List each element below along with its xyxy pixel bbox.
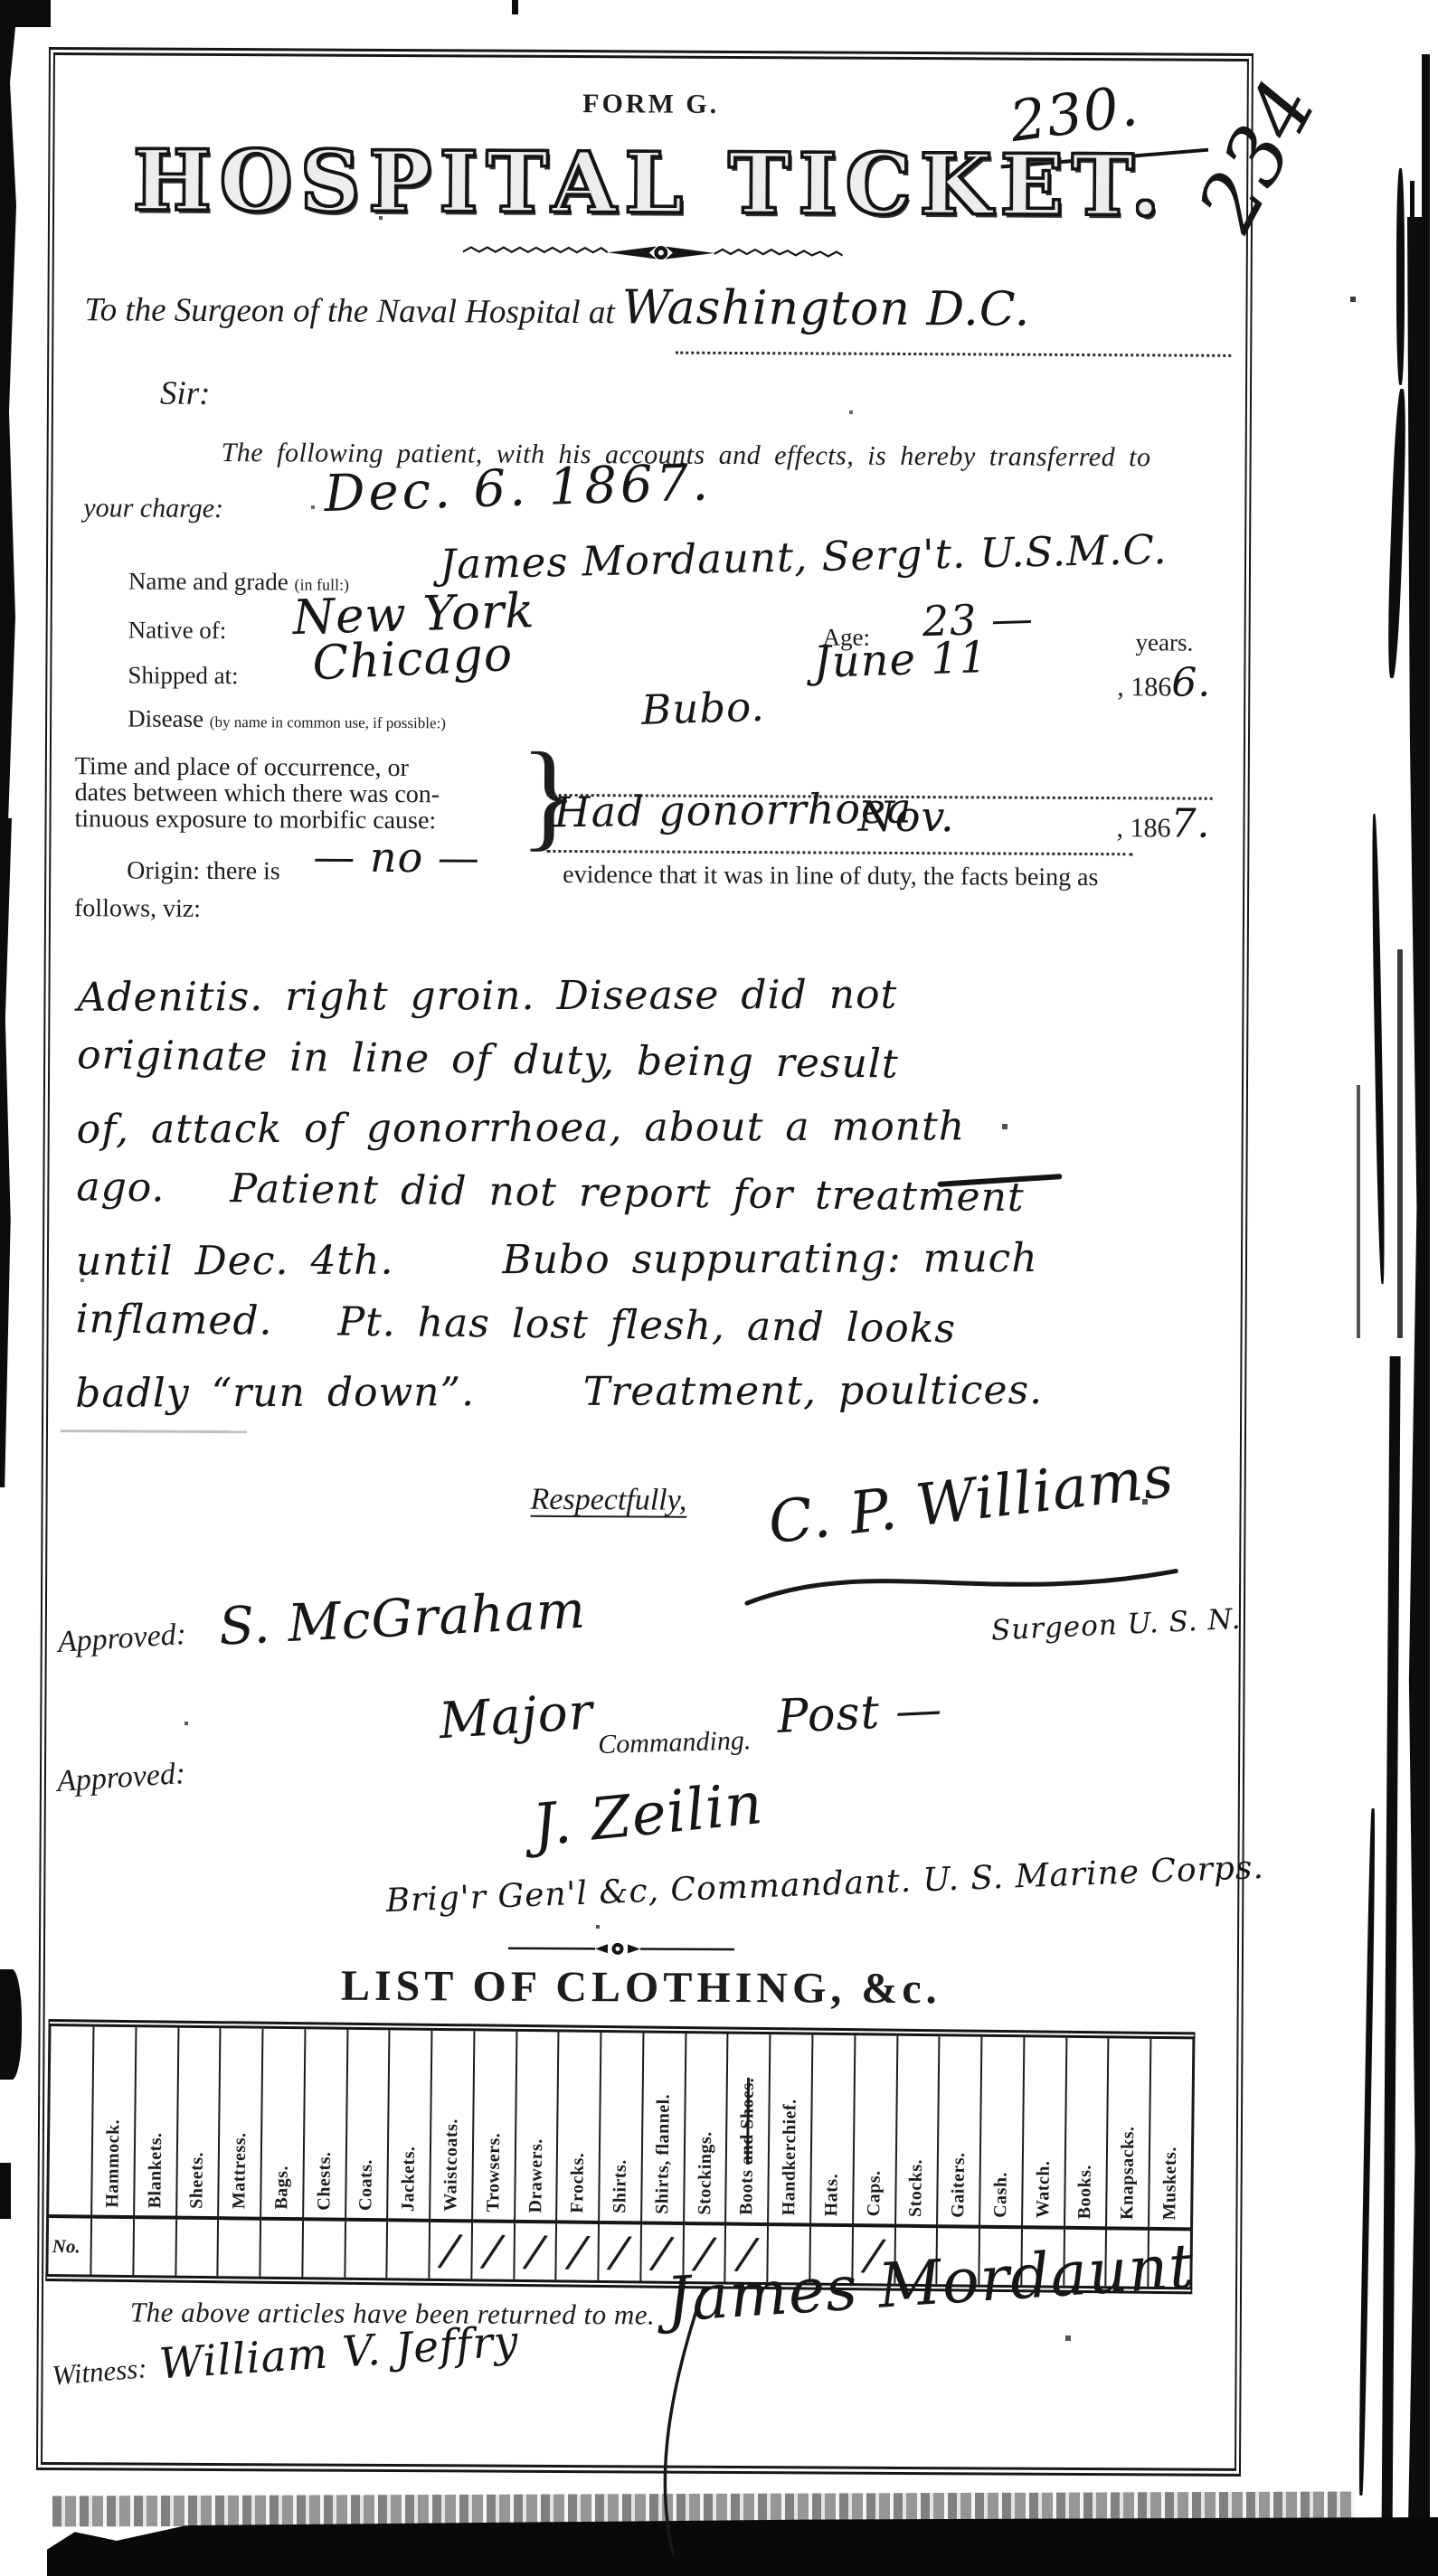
clothing-col-header: Gaiters. [938,2036,982,2229]
clothing-col-header: Shirts, flannel. [642,2033,686,2226]
clothing-qty-cell: / [600,2224,642,2281]
scan-tick-top [512,0,518,14]
clothing-col-header: Hammock. [92,2027,137,2220]
occurrence-label-line: Time and place of occurrence, or [75,753,529,782]
clothing-qty-cell [219,2220,261,2277]
approver-1-rank: Major [437,1682,594,1750]
clothing-col-header: Stocks. [896,2036,941,2229]
clothing-qty-cell [91,2219,134,2276]
scan-blot-left [0,1969,22,2080]
clothing-col-header: Hats. [811,2035,856,2228]
approver-1-commanding: Commanding. [598,1725,752,1760]
shipped-date-value: June 11 [813,632,989,688]
note-line: ago. Patient did not report for treatmen… [76,1154,1240,1233]
clothing-col-header: Muskets. [1149,2039,1192,2231]
clothing-qty-cell [388,2222,430,2279]
your-charge-label: your charge: [83,493,223,524]
note-line: of, attack of gonorrhoea, about a month [77,1092,1240,1162]
clothing-col-header: Chests. [304,2029,348,2222]
witness-label: Witness: [51,2352,148,2392]
note-line: Adenitis. right groin. Disease did not [77,960,1240,1030]
scan-edge-left-lower [0,818,12,1487]
address-line: To the Surgeon of the Naval Hospital atW… [84,278,1030,336]
occurrence-year-digit: 7. [1170,801,1210,847]
transfer-date-written: Dec. 6. 1867. [324,453,713,524]
occurrence-label: Time and place of occurrence, ordates be… [74,753,528,835]
shipped-at-label: Shipped at: [128,661,238,690]
shipped-at-value: Chicago [311,627,514,691]
clothing-qty-cell [176,2220,219,2277]
small-divider-icon [508,1939,734,1958]
clothing-col-header: Stockings. [685,2033,729,2226]
approved-label-1: Approved: [57,1618,187,1660]
clothing-col-header: Coats. [346,2030,391,2222]
clothing-row-label: No. [48,2218,92,2275]
origin-prefix: Origin: there is [127,856,280,886]
occurrence-month: Nov. [857,792,954,842]
clothing-col-header: Handkerchief. [769,2034,813,2227]
scanned-hospital-ticket: { "page": { "ink": "#1c1c1c", "paper": "… [0,0,1438,2576]
faint-rule [61,1430,247,1433]
approver-1-post: Post — [776,1683,943,1744]
notes-paragraph: Adenitis. right groin. Disease did notor… [75,959,1241,1428]
clothing-col-header: Drawers. [516,2032,560,2224]
address-dotted-line [676,352,1231,357]
tally-mark: / [610,2230,629,2275]
surgeon-signature: C. P. Williams [765,1443,1178,1557]
clothing-qty-cell: / [515,2223,557,2280]
clothing-col-header: Boots and Shoes. [727,2034,771,2227]
note-line: originate in line of duty, being result [77,1022,1241,1101]
tally-mark: / [525,2229,545,2274]
hospital-ticket-form: FORM G. 230. 234 HOSPITAL TICKET. To the… [36,47,1254,2477]
native-of-label: Native of: [128,616,227,645]
clothing-col-header: Mattress. [219,2028,263,2221]
clothing-col-header: Frocks. [557,2032,601,2224]
approver-2-title: Brig'r Gen'l &c, Commandant. U. S. Marin… [385,1849,1265,1920]
approver-1-signature: S. McGraham [218,1581,588,1657]
signature-flourish-icon [743,1547,1187,1615]
tally-mark: / [568,2230,588,2275]
origin-written-value: — no — [313,833,480,882]
clothing-col-header: Cash. [980,2037,1025,2230]
shipped-year: , 1866. [1117,659,1211,706]
occurrence-dotted-line-2 [546,850,1132,855]
clothing-col-header: Knapsacks. [1107,2038,1151,2231]
address-written: Washington D.C. [622,280,1031,336]
clothing-qty-cell: / [557,2223,600,2280]
clothing-col-header: Sheets. [177,2028,222,2221]
address-printed: To the Surgeon of the Naval Hospital at [84,291,614,331]
disease-label-paren: (by name in common use, if possible:) [210,713,446,731]
signature-descender-icon [642,2286,725,2557]
clothing-heading: LIST OF CLOTHING, &c. [45,1959,1237,2015]
clothing-col-header: Bags. [261,2029,306,2222]
disease-label: Disease (by name in common use, if possi… [128,704,446,734]
shipped-year-digit: 6. [1171,660,1211,706]
scan-edge-left [0,0,18,823]
salutation: Sir: [160,374,211,413]
page-title: HOSPITAL TICKET. [54,131,1247,235]
clothing-qty-cell [260,2221,303,2278]
clothing-table-head: Hammock.Blankets.Sheets.Mattress.Bags.Ch… [49,2026,1192,2231]
clothing-col-header: Watch. [1023,2037,1067,2230]
note-line: until Dec. 4th. Bubo suppurating: much [76,1224,1239,1294]
occurrence-label-line: dates between which there was con- [75,779,529,808]
clothing-col-header: Trowsers. [473,2031,517,2223]
tally-mark: / [440,2228,460,2273]
tally-mark: / [483,2229,503,2274]
name-grade-value: James Mordaunt, Serg't. U.S.M.C. [440,525,1168,589]
disease-value: Bubo. [640,683,765,734]
age-years-suffix: years. [1135,628,1193,656]
ornament-divider-icon [463,238,843,265]
origin-follows-viz: follows, viz: [74,894,201,924]
clothing-col-header-no [49,2026,94,2219]
occurrence-year: , 1867. [1116,800,1210,847]
note-line: inflamed. Pt. has lost flesh, and looks [75,1286,1239,1365]
clothing-col-header: Waistcoats. [430,2031,475,2223]
approver-2-signature: J. Zeilin [530,1770,766,1860]
clothing-qty-cell [134,2219,176,2276]
clothing-qty-cell: / [472,2222,515,2279]
origin-suffix: evidence that it was in line of duty, th… [563,861,1250,893]
approver-2-commandant: Commandant. U. S. Marine Corps. [670,1849,1265,1909]
clothing-qty-cell [303,2221,345,2278]
scan-bottom-band [47,2517,1438,2576]
respectfully-label: Respectfully, [530,1483,686,1518]
approver-2-rank: Brig'r Gen'l &c, [385,1873,660,1920]
approved-label-2: Approved: [56,1757,186,1799]
occurrence-label-line: tinuous exposure to morbific cause: [74,806,528,835]
clothing-col-header: Books. [1065,2038,1110,2231]
clothing-col-header: Caps. [854,2035,898,2228]
clothing-qty-cell: / [430,2222,472,2279]
scan-blot-left-small [0,2163,11,2219]
clothing-col-header: Blankets. [135,2027,179,2220]
note-line: badly “run down”. Treatment, poultices. [75,1356,1238,1426]
clothing-col-header: Jackets. [388,2030,432,2222]
clothing-qty-cell [345,2222,388,2279]
clothing-col-header: Shirts. [600,2033,644,2225]
scan-specks [0,0,2,2]
